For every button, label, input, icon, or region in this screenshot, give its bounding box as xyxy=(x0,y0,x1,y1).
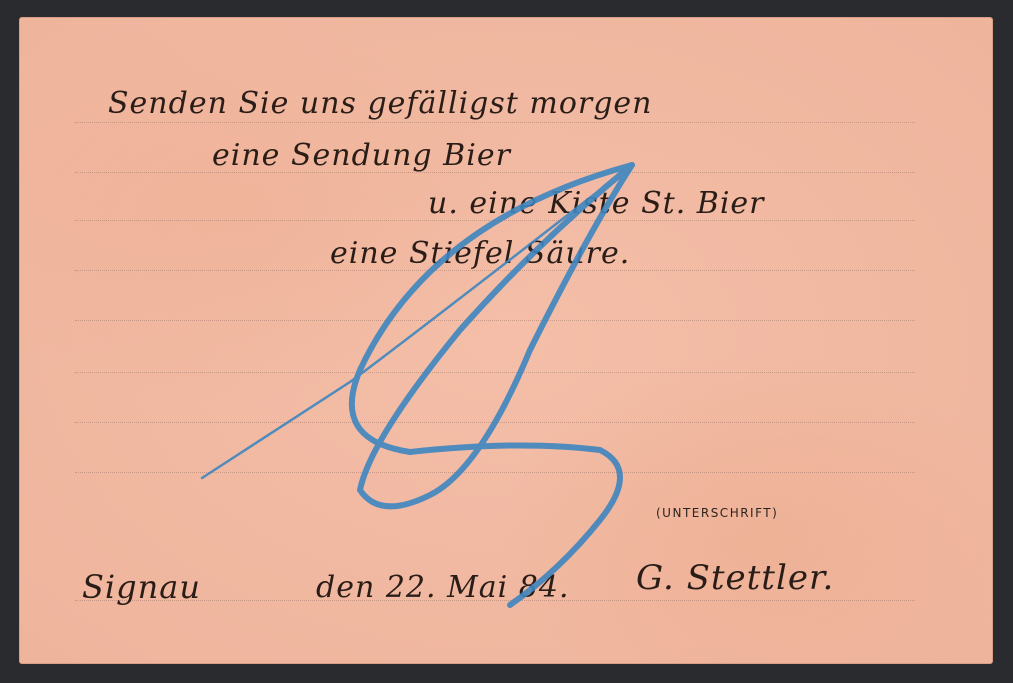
blue-pencil-scribble xyxy=(0,0,1013,683)
